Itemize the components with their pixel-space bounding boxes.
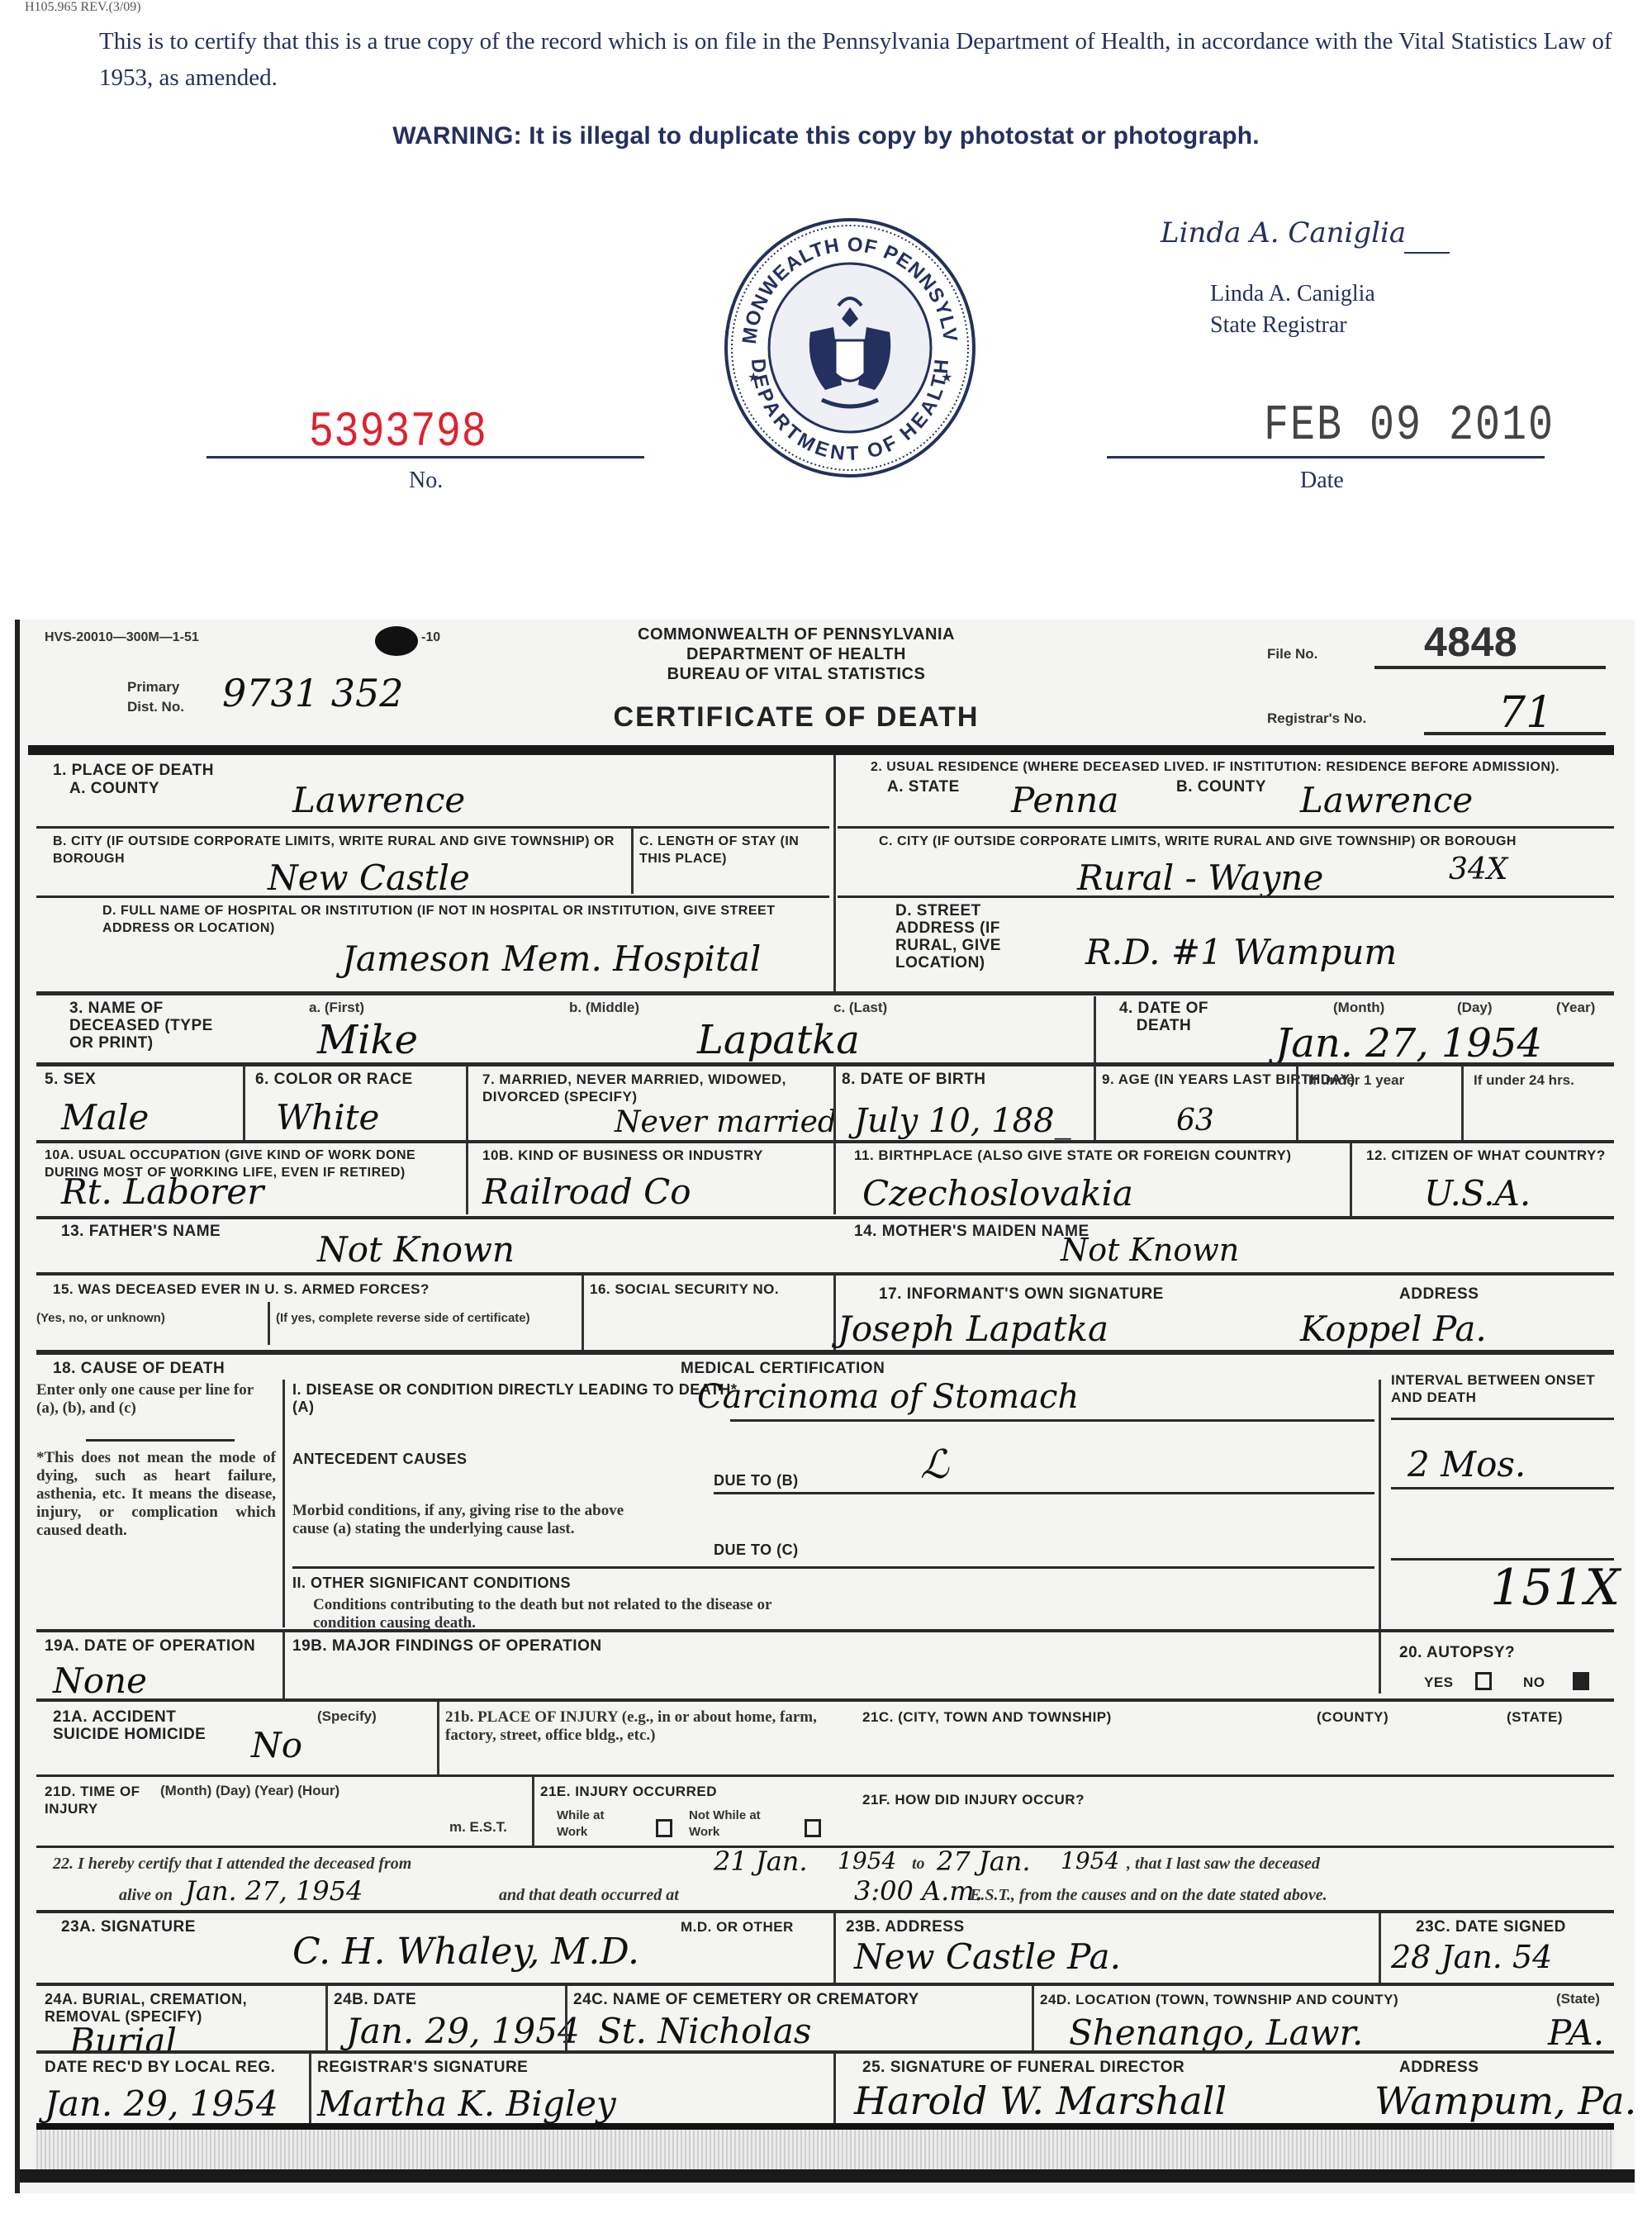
f2c-annotation: 34X xyxy=(1449,851,1507,889)
f23b-value: New Castle Pa. xyxy=(854,1938,1121,1976)
f18-due-b: DUE TO (b) xyxy=(714,1472,799,1489)
f19a-label: 19a. DATE OF OPERATION xyxy=(45,1637,259,1655)
number-label: No. xyxy=(409,468,443,494)
divider xyxy=(631,828,634,894)
divider xyxy=(1032,1986,1034,2050)
rule xyxy=(292,1566,1374,1569)
file-no-label: File No. xyxy=(1267,646,1317,663)
divider xyxy=(1094,996,1096,1062)
f11-label: 11. BIRTHPLACE (Also give State or forei… xyxy=(854,1147,1350,1164)
rule xyxy=(838,895,1614,898)
f18-I-value: Carcinoma of Stomach xyxy=(697,1378,1079,1416)
f24d-value: Shenango, Lawr. xyxy=(1069,2014,1363,2052)
f15-sub2: (If yes, complete reverse side of certif… xyxy=(276,1310,573,1327)
rule xyxy=(86,1439,235,1442)
f3c-value: Lapatka xyxy=(697,1021,860,1059)
divider xyxy=(1296,1066,1298,1140)
f21a-value: No xyxy=(251,1727,302,1765)
f2b-value: Lawrence xyxy=(1300,781,1473,819)
f15-label: 15. WAS DECEASED EVER IN U. S. ARMED FOR… xyxy=(53,1280,430,1298)
f19b-label: 19b. MAJOR FINDINGS OF OPERATION xyxy=(292,1637,602,1655)
department-of-health-seal-icon: COMMONWEALTH OF PENNSYLVANIA DEPARTMENT … xyxy=(723,216,977,479)
rule xyxy=(36,1774,1614,1777)
primary-dist-value: 9731 352 xyxy=(222,674,404,712)
f4-year-label: (Year) xyxy=(1556,1000,1595,1016)
rule xyxy=(36,1910,1614,1913)
f25-label: 25. SIGNATURE OF FUNERAL DIRECTOR xyxy=(862,2059,1184,2076)
injury-not-at-work-checkbox[interactable] xyxy=(805,1819,821,1837)
f2c-value: Rural - Wayne xyxy=(1077,859,1323,897)
primary-dist-label-1: Primary xyxy=(127,679,179,696)
f14-label: 14. MOTHER'S MAIDEN NAME xyxy=(854,1223,1089,1240)
registrar-title: State Registrar xyxy=(1210,312,1347,339)
f10b-label: 10b. KIND OF BUSINESS OR INDUSTRY xyxy=(482,1147,829,1164)
rule xyxy=(36,2050,1614,2054)
f1d-value: Jameson Mem. Hospital xyxy=(342,940,761,978)
f18-annotation: 151X xyxy=(1490,1561,1620,1614)
agency-line-3: BUREAU OF VITAL STATISTICS xyxy=(582,666,1011,683)
f22-text1: 22. I hereby certify that I attended the… xyxy=(53,1855,411,1872)
f18-due-c: DUE TO (c) xyxy=(714,1542,799,1559)
f10b-value: Railroad Co xyxy=(482,1173,691,1211)
f22-to-year: 1954 xyxy=(1061,1842,1119,1880)
f1c-label: c. LENGTH OF STAY (in this place) xyxy=(639,833,829,867)
f25-address-value: Wampum, Pa. xyxy=(1374,2082,1636,2120)
f2a-value: Penna xyxy=(1011,781,1118,819)
divider xyxy=(565,1986,567,2050)
f9-under24-label: If under 24 hrs. xyxy=(1474,1072,1574,1089)
f2d-value: R.D. #1 Wampum xyxy=(1085,933,1397,971)
f4-label: 4. DATE OF DEATH xyxy=(1114,1000,1213,1034)
f1a-label: a. COUNTY xyxy=(69,780,159,797)
f23c-value: 28 Jan. 54 xyxy=(1391,1938,1552,1976)
f2d-label: d. STREET ADDRESS (If rural, give locati… xyxy=(895,902,1044,971)
f24a-value: Burial xyxy=(69,2022,177,2060)
f10a-value: Rt. Laborer xyxy=(61,1173,263,1211)
svg-text:★: ★ xyxy=(941,371,952,385)
f12-value: U.S.A. xyxy=(1424,1175,1531,1213)
f17-address-value: Koppel Pa. xyxy=(1300,1310,1487,1348)
registrar-no-line xyxy=(1424,732,1606,735)
divider xyxy=(532,1776,534,1846)
f15-sub1: (Yes, no, or unknown) xyxy=(36,1310,165,1327)
f21e-label: 21e. INJURY OCCURRED xyxy=(540,1783,717,1800)
f18-instructions: Enter only one cause per line for (a), (… xyxy=(36,1381,276,1418)
f1b-value: New Castle xyxy=(268,859,470,897)
divider xyxy=(833,1276,836,1350)
f21e-opt1: While at Work xyxy=(557,1808,631,1841)
form-suffix: -10 xyxy=(421,629,440,646)
rule xyxy=(1391,1487,1614,1489)
divider xyxy=(1461,1066,1464,1140)
autopsy-yes-checkbox[interactable] xyxy=(1475,1672,1492,1690)
union-bug-icon xyxy=(375,626,418,656)
divider xyxy=(282,1632,285,1698)
rule xyxy=(36,1846,1614,1848)
f8-value: July 10, 188_ xyxy=(854,1102,1071,1140)
f24d-state-label: (State) xyxy=(1556,1991,1600,2007)
autopsy-no-checkbox-checked[interactable] xyxy=(1573,1672,1589,1690)
f21a-label: 21a. ACCIDENT SUICIDE HOMICIDE xyxy=(53,1708,218,1743)
rule xyxy=(1391,1418,1614,1420)
divider xyxy=(1379,1380,1381,1694)
f24c-value: St. Nicholas xyxy=(598,2012,811,2050)
state-registrar-signature: Linda A. Caniglia xyxy=(1161,216,1406,249)
f21d-est: m. E.S.T. xyxy=(449,1819,507,1836)
f17-address-label: ADDRESS xyxy=(1399,1285,1479,1303)
f3b-label: b. (Middle) xyxy=(569,1000,639,1016)
f13-label: 13. FATHER'S NAME xyxy=(61,1223,221,1240)
f24b-value: Jan. 29, 1954 xyxy=(346,2012,580,2050)
f7-label: 7. MARRIED, NEVER MARRIED, WIDOWED, DIVO… xyxy=(482,1071,829,1105)
duplication-warning: WARNING: It is illegal to duplicate this… xyxy=(0,122,1652,150)
f5-value: Male xyxy=(61,1099,149,1137)
f1d-label: d. FULL NAME OF HOSPITAL OR INSTITUTION … xyxy=(102,902,829,937)
rule xyxy=(36,1272,1614,1276)
f4-value: Jan. 27, 1954 xyxy=(1275,1024,1542,1062)
date-label: Date xyxy=(1300,468,1344,494)
f3a-value: Mike xyxy=(317,1021,418,1059)
divider xyxy=(1379,1913,1381,1983)
header-rule xyxy=(28,745,1614,755)
f25-value: Harold W. Marshall xyxy=(854,2082,1227,2120)
f21c-label: 21c. (CITY, TOWN AND TOWNSHIP) xyxy=(862,1708,1112,1726)
f23b-label: 23b. ADDRESS xyxy=(846,1918,965,1936)
divider xyxy=(582,1276,584,1350)
f4-month-label: (Month) xyxy=(1333,1000,1384,1016)
number-underline xyxy=(206,456,644,458)
agency-line-1: COMMONWEALTH OF PENNSYLVANIA xyxy=(582,626,1011,644)
rule xyxy=(36,1698,1614,1702)
registrar-signature-label: REGISTRAR'S SIGNATURE xyxy=(317,2059,528,2076)
rule xyxy=(36,1140,1614,1143)
rule xyxy=(36,826,829,829)
f17-label: 17. INFORMANT'S OWN SIGNATURE xyxy=(879,1285,1164,1303)
f22-text4: and that death occurred at xyxy=(499,1887,679,1903)
form-id: HVS-20010—300M—1-51 xyxy=(45,629,199,646)
rule xyxy=(730,1419,1374,1422)
svg-text:★: ★ xyxy=(748,371,759,385)
f23c-label: 23c. DATE SIGNED xyxy=(1416,1918,1566,1936)
f3-label: 3. NAME OF DECEASED (Type or Print) xyxy=(69,1000,235,1052)
f17-value: Joseph Lapatka xyxy=(838,1310,1108,1348)
divider xyxy=(268,1302,270,1345)
agency-line-2: DEPARTMENT OF HEALTH xyxy=(582,646,1011,663)
divider xyxy=(282,1380,285,1627)
rule xyxy=(36,991,1614,995)
rule xyxy=(838,826,1614,829)
f22-text3: alive on xyxy=(119,1887,173,1903)
f22-from: 21 Jan. xyxy=(714,1842,808,1880)
f21f-label: 21f. HOW DID INJURY OCCUR? xyxy=(862,1791,1085,1808)
registrar-no-label: Registrar's No. xyxy=(1267,710,1366,727)
f25-address-label: ADDRESS xyxy=(1399,2059,1479,2076)
divider xyxy=(1094,1066,1096,1140)
divider xyxy=(243,1066,245,1140)
f21a-specify: (Specify) xyxy=(317,1708,377,1725)
divider xyxy=(1350,1143,1352,1218)
f3a-label: a. (First) xyxy=(309,1000,364,1016)
f2a-label: a. STATE xyxy=(887,778,960,796)
f24d-state-value: PA. xyxy=(1548,2014,1604,2052)
injury-at-work-checkbox[interactable] xyxy=(656,1819,672,1837)
f18-interval-value: 2 Mos. xyxy=(1408,1446,1526,1484)
f18-interval-label: INTERVAL BETWEEN ONSET AND DEATH xyxy=(1391,1371,1614,1406)
rule xyxy=(36,1983,1614,1986)
f23a-value: C. H. Whaley, M.D. xyxy=(292,1933,639,1971)
primary-dist-label-2: Dist. No. xyxy=(127,699,184,715)
registrar-no-value: 71 xyxy=(1498,694,1553,732)
f14-value: Not Known xyxy=(1061,1231,1239,1269)
f13-value: Not Known xyxy=(317,1231,515,1269)
f21c-state: (STATE) xyxy=(1507,1708,1563,1726)
local-reg-value: Jan. 29, 1954 xyxy=(45,2085,278,2123)
f5-label: 5. SEX xyxy=(45,1071,96,1088)
f24d-label: 24d. LOCATION (Town, township and county… xyxy=(1040,1991,1398,2008)
f9-value: 63 xyxy=(1176,1102,1214,1140)
f11-value: Czechoslovakia xyxy=(862,1175,1133,1213)
noise-band xyxy=(36,2130,1614,2171)
local-reg-label: DATE REC'D BY LOCAL REG. xyxy=(45,2059,309,2076)
certificate-title: CERTIFICATE OF DEATH xyxy=(548,701,1044,734)
f18-label: 18. CAUSE OF DEATH xyxy=(53,1360,225,1377)
f20-no-label: NO xyxy=(1523,1674,1545,1691)
rule xyxy=(36,1350,1614,1355)
f24c-label: 24c. NAME OF CEMETERY OR CREMATORY xyxy=(573,1991,919,2008)
divider xyxy=(325,1986,328,2050)
f6-label: 6. COLOR OR RACE xyxy=(255,1071,413,1088)
f21e-opt2: Not While at Work xyxy=(689,1808,780,1841)
f1a-value: Lawrence xyxy=(292,781,465,819)
f9-under1-label: If under 1 year xyxy=(1308,1072,1404,1089)
rule xyxy=(36,1629,1614,1632)
f21d-cols: (Month) (Day) (Year) (Hour) xyxy=(160,1783,339,1799)
f18-medical-certification: MEDICAL CERTIFICATION xyxy=(681,1360,885,1377)
divider xyxy=(437,1702,439,1774)
f4-day-label: (Day) xyxy=(1457,1000,1493,1016)
signature-flourish xyxy=(1404,252,1450,254)
registrar-name: Linda A. Caniglia xyxy=(1210,281,1375,307)
registrar-signature-value: Martha K. Bigley xyxy=(317,2085,616,2123)
f2-label: 2. USUAL RESIDENCE (Where deceased lived… xyxy=(871,758,1614,776)
f8-label: 8. DATE OF BIRTH xyxy=(842,1071,985,1088)
f24b-label: 24b. DATE xyxy=(334,1991,416,2008)
death-certificate-copy: HVS-20010—300M—1-51 -10 COMMONWEALTH OF … xyxy=(15,620,1635,2193)
issue-date-stamp: FEB 09 2010 xyxy=(1264,398,1555,454)
f12-label: 12. CITIZEN OF WHAT COUNTRY? xyxy=(1366,1147,1614,1164)
f1-label: 1. PLACE OF DEATH xyxy=(53,762,214,779)
f18-I-label: I. DISEASE OR CONDITION DIRECTLY LEADING… xyxy=(292,1381,755,1416)
certification-statement: This is to certify that this is a true c… xyxy=(99,23,1619,96)
rule xyxy=(714,1492,1374,1494)
f20-yes-label: YES xyxy=(1424,1674,1454,1691)
rule xyxy=(36,2123,1614,2130)
rule xyxy=(36,895,829,898)
f23a-label: 23a. SIGNATURE xyxy=(61,1918,196,1936)
f18-II-label: II. OTHER SIGNIFICANT CONDITIONS xyxy=(292,1575,571,1592)
f22-text2: , that I last saw the deceased xyxy=(1127,1855,1320,1872)
divider xyxy=(833,1913,836,1983)
f21b-label: 21b. PLACE OF INJURY (e.g., in or about … xyxy=(445,1708,833,1745)
f2b-label: b. COUNTY xyxy=(1176,778,1266,796)
f22-time: 3:00 A.m. xyxy=(854,1872,983,1910)
f3c-label: c. (Last) xyxy=(833,1000,887,1016)
rule xyxy=(36,1062,1614,1066)
f18-footnote: *This does not mean the mode of dying, s… xyxy=(36,1449,276,1540)
f23a-md: M.D. or other xyxy=(681,1918,794,1936)
f21d-label: 21d. TIME OF INJURY xyxy=(45,1783,144,1817)
f16-label: 16. SOCIAL SECURITY NO. xyxy=(590,1280,838,1298)
f19a-value: None xyxy=(53,1662,147,1700)
divider xyxy=(833,755,836,995)
certificate-number: 5393798 xyxy=(310,401,488,457)
f22-to-word: to xyxy=(912,1855,925,1872)
date-underline xyxy=(1107,456,1545,458)
f22-text5: E.S.T., from the causes and on the date … xyxy=(970,1887,1327,1903)
f18-II-text: Conditions contributing to the death but… xyxy=(313,1596,776,1632)
f6-value: White xyxy=(276,1099,379,1137)
bottom-border xyxy=(20,2169,1635,2183)
f20-label: 20. AUTOPSY? xyxy=(1399,1644,1515,1661)
f18-antecedent-label: ANTECEDENT CAUSES xyxy=(292,1451,468,1468)
f7-value: Never married xyxy=(615,1104,837,1142)
file-no-value: 4848 xyxy=(1424,620,1517,664)
file-no-line xyxy=(1374,666,1606,669)
f2c-label: c. CITY (If outside corporate limits, wr… xyxy=(879,833,1614,850)
f21c-county: (COUNTY) xyxy=(1317,1708,1389,1726)
f18-b-value: ℒ xyxy=(920,1446,949,1484)
f18-morbid-text: Morbid conditions, if any, giving rise t… xyxy=(292,1502,639,1538)
form-revision-code: H105.965 REV.(3/09) xyxy=(25,0,141,15)
rule xyxy=(36,1216,1614,1219)
f22-alive-on: Jan. 27, 1954 xyxy=(185,1872,363,1910)
